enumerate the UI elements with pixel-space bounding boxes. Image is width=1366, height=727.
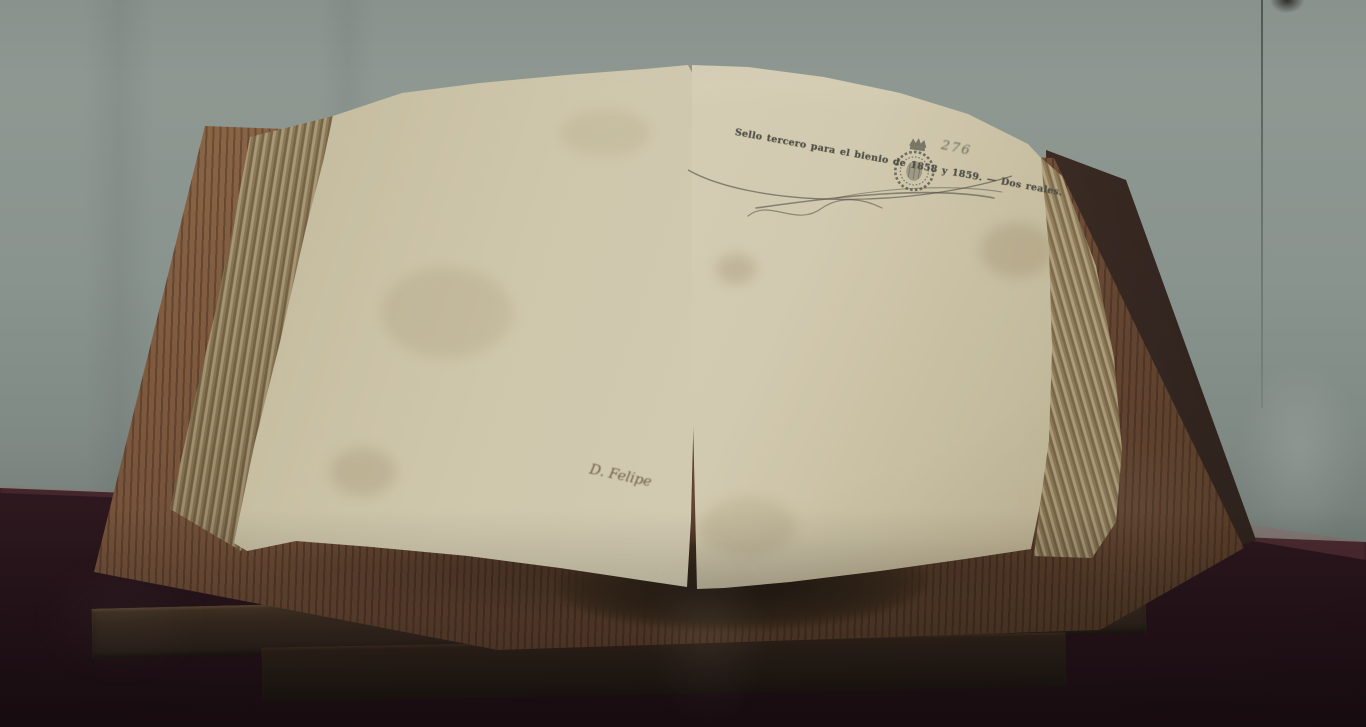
- museum-photo: D. Felipe Sello tercero para el bienio d…: [0, 0, 1366, 727]
- photo-vignette: [0, 0, 1366, 727]
